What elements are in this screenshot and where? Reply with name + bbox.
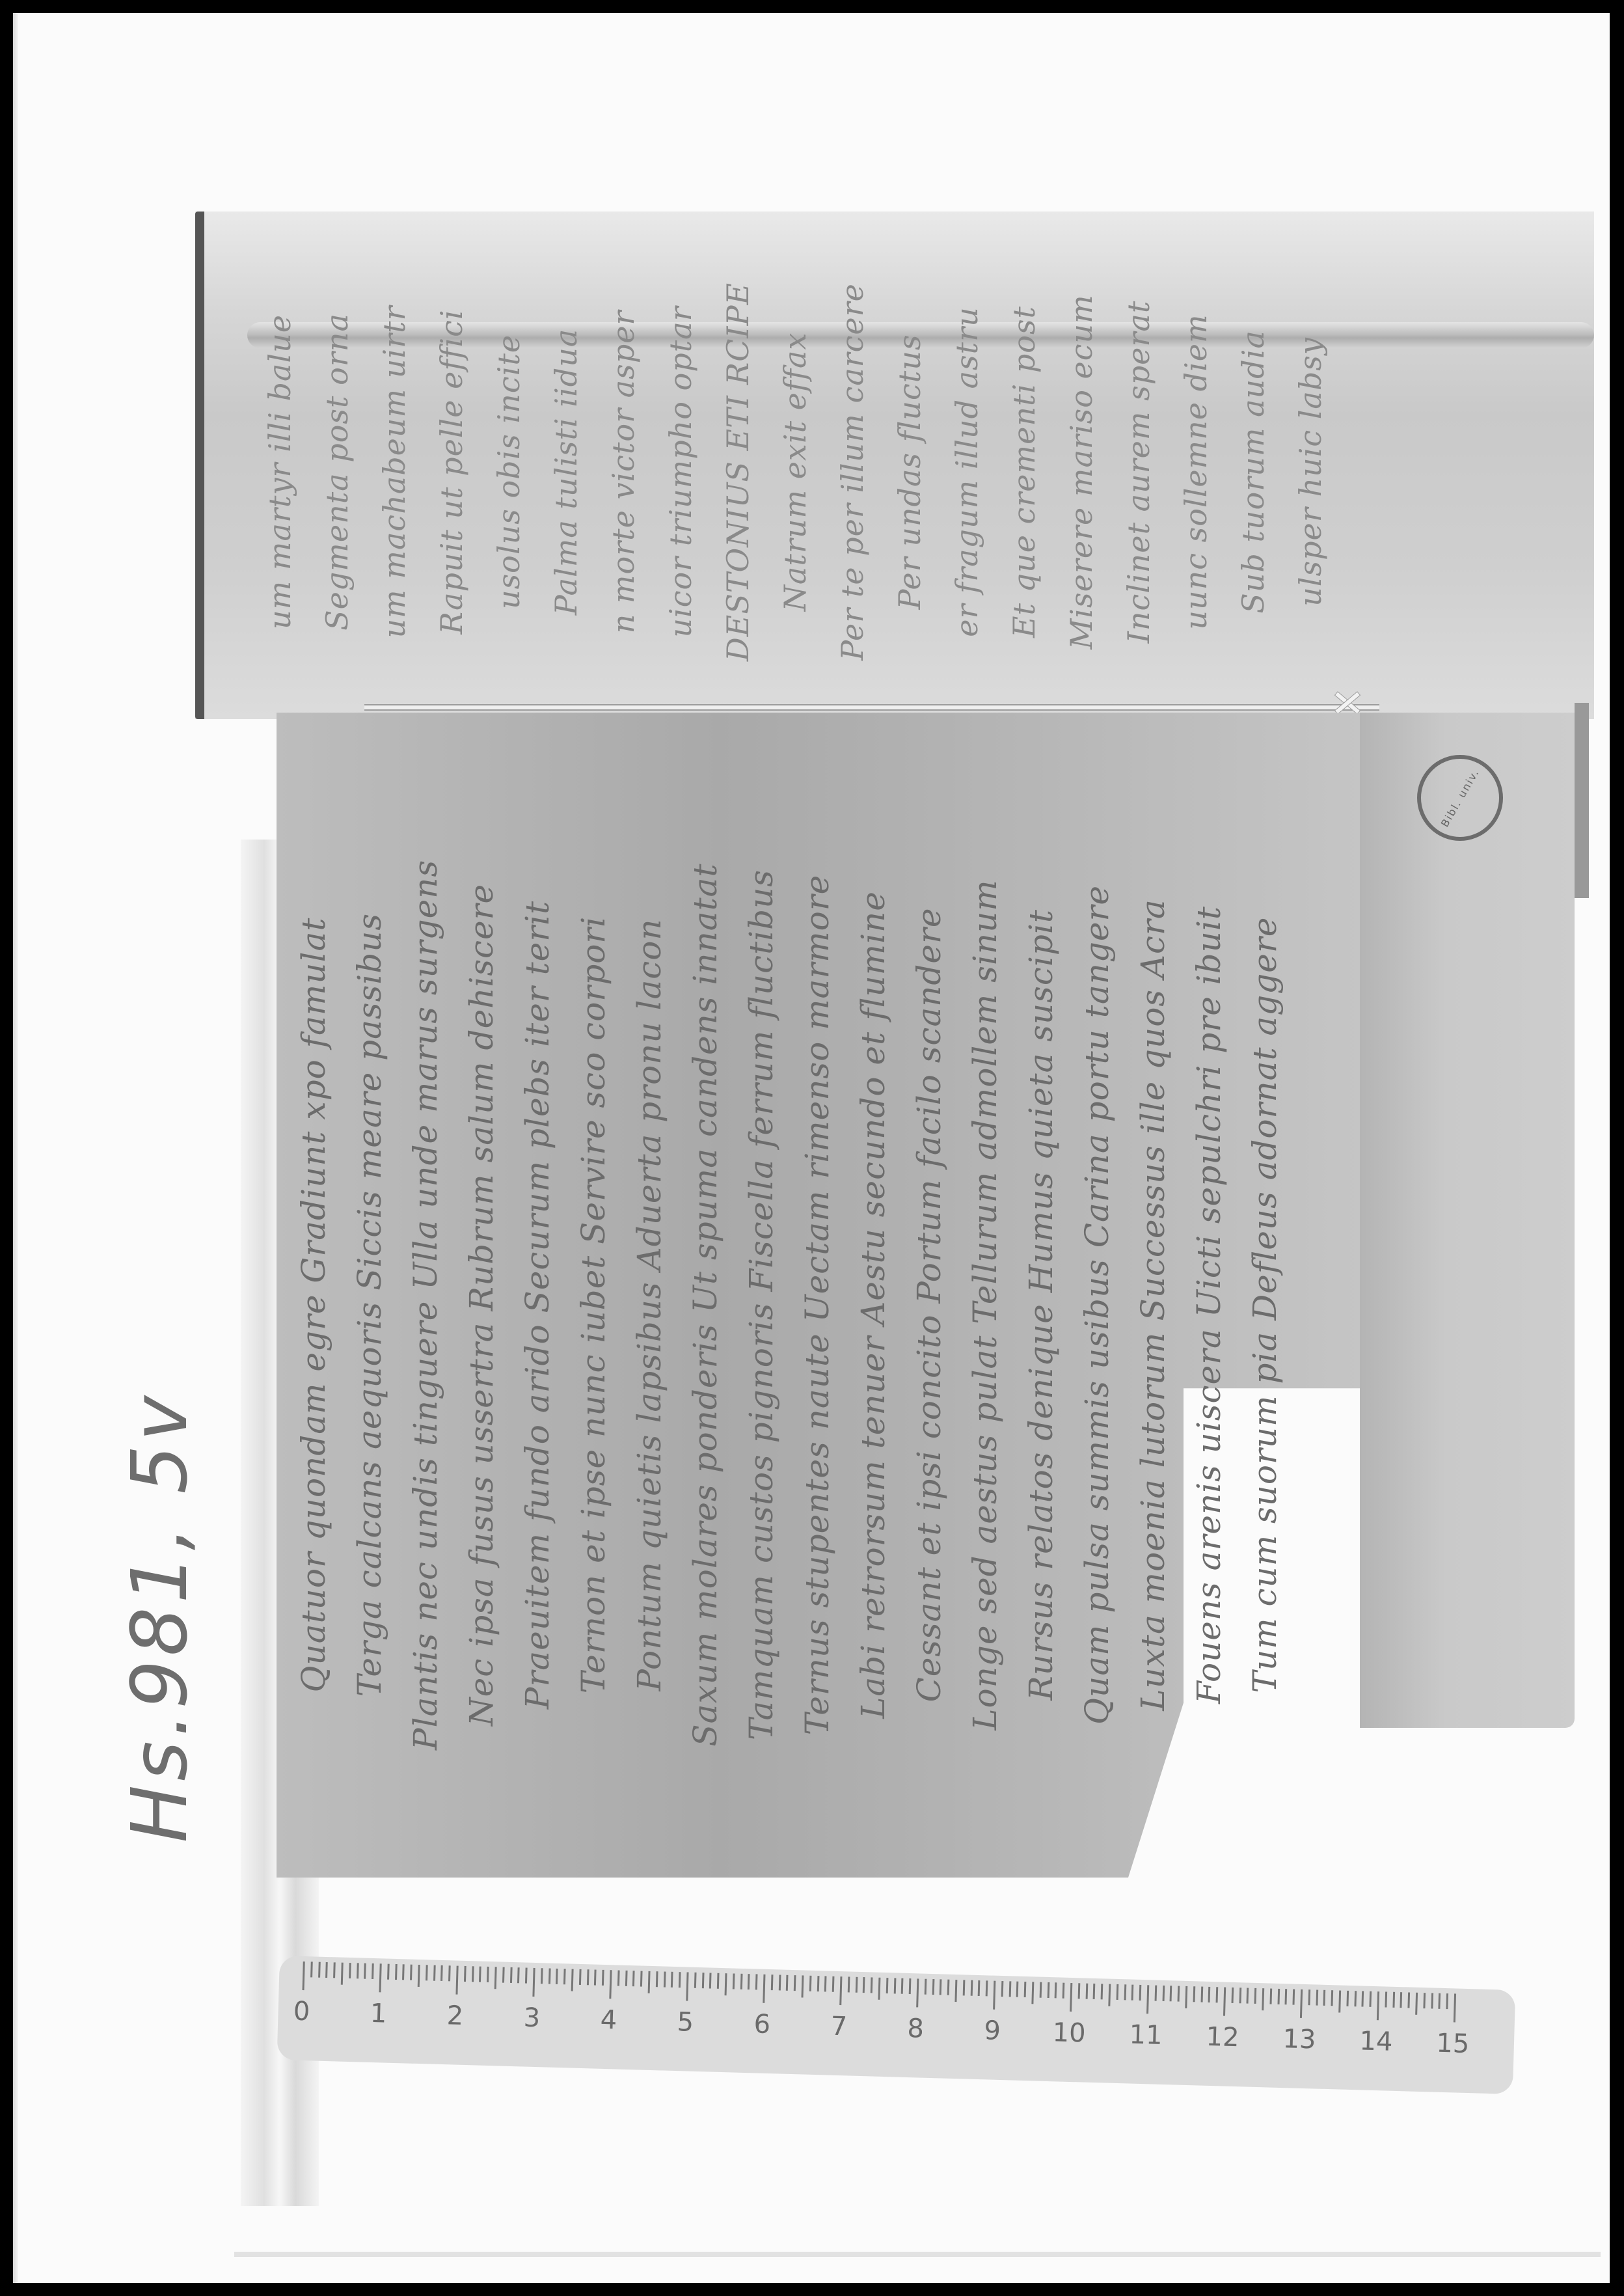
ruler-tick [1216,1987,1219,2002]
measurement-ruler: 0 1 2 3 4 5 6 7 8 9 10 11 12 13 14 15 [277,1956,1516,2094]
ruler-tick [1385,1991,1387,2007]
ruler-tick [893,1978,896,1993]
ruler-tick [510,1967,513,1983]
ruler-tick [709,1973,712,1988]
ruler-tick [1408,1992,1411,2008]
upper-manuscript-leaf: um martyr illi balue Segmenta post orna … [195,212,1594,719]
ruler-tick [1300,1989,1303,2018]
ruler-tick [701,1973,704,1988]
shelfmark-text: Hs.981, 5v [115,1392,204,1843]
ruler-tick [986,1980,988,1996]
ruler-tick [1316,1989,1318,2005]
ruler-tick [1185,1986,1187,2008]
ruler-tick [1308,1989,1310,2005]
ruler-tick [410,1965,413,1980]
ruler-tick [310,1961,313,1977]
ruler-tick [878,1978,880,2000]
ruler-tick [656,1971,658,1987]
sleeve-bottom-edge [234,2252,1601,2257]
ruler-tick [1077,1983,1080,1999]
text-line: Longe sed aestus pulat Tellurum admollem… [964,768,1006,1842]
text-line: er fragum illud astru [947,231,986,713]
ruler-tick [1016,1982,1019,1997]
ruler-tick [632,1971,635,1986]
ruler-tick [947,1980,950,1995]
text-line: Saxum molares ponderis Ut spuma candens … [684,768,726,1842]
ruler-tick [848,1976,850,1992]
ruler-tick [487,1967,489,1982]
ruler-tick [594,1970,597,1986]
sleeve-edge [13,13,18,2283]
ruler-tick [517,1967,520,1983]
photograph-frame: Hs.981, 5v um martyr illi balue Segmenta… [13,13,1610,2283]
handwritten-shelfmark: Hs.981, 5v [111,1455,208,1780]
text-line: Inclinet aurem sperat [1119,231,1158,713]
ruler-tick [303,1961,305,1990]
ruler-label: 10 [1052,2017,1086,2048]
ruler-label: 13 [1282,2024,1316,2055]
ruler-ticks [298,1961,1489,2025]
ruler-tick [395,1964,398,1980]
ruler-tick [609,1970,612,1999]
ruler-tick [617,1971,620,1986]
ruler-tick [341,1963,344,1985]
ruler-tick [1293,1989,1295,2005]
text-line: um machabeum uirtr [375,231,414,713]
ruler-tick [824,1976,827,1991]
ruler-tick [1370,1991,1372,2007]
ruler-tick [1446,1993,1449,2009]
ruler-tick [1108,1984,1111,2006]
ruler-tick [1285,1989,1288,2004]
ruler-tick [1139,1985,1142,2001]
ruler-tick [886,1978,889,1993]
ruler-tick [679,1972,681,1988]
ruler-tick [1055,1982,1057,1998]
ruler-tick [556,1969,558,1984]
text-line: Pontum quietis lapsibus Aduerta pronu la… [629,768,670,1842]
ruler-tick [541,1968,543,1984]
ruler-tick [1131,1985,1134,2001]
ruler-tick [502,1967,505,1983]
ruler-tick [970,1980,973,1996]
ruler-label: 5 [677,2007,694,2038]
ruler-tick [333,1962,336,1978]
parchment-flap [1360,713,1575,1728]
text-line: Luxta moenia lutorum Successus ille quos… [1132,768,1174,1842]
ruler-label: 11 [1129,2020,1163,2051]
text-line: Quam pulsa summis usibus Carina portu ta… [1076,768,1118,1842]
ruler-tick [1269,1989,1272,2004]
text-line: Praeuitem fundo arido Securum plebs iter… [517,768,558,1842]
ruler-tick [532,1968,535,1997]
ruler-tick [1085,1984,1088,1999]
ruler-label: 12 [1206,2022,1239,2053]
ruler-tick [763,1975,765,2003]
ruler-tick [817,1976,819,1991]
ruler-tick [1423,1993,1426,2008]
ruler-tick [563,1969,566,1984]
ruler-tick [357,1963,359,1978]
ruler-tick [671,1972,673,1988]
ruler-tick [909,1978,912,1994]
ruler-tick [954,1980,957,2002]
lower-text-block: Quatuor quondam egre Gradiunt xpo famula… [293,768,1269,1874]
ruler-tick [686,1972,688,2001]
ruler-label: 8 [907,2014,925,2044]
ruler-tick [571,1969,574,1991]
text-line: Natrum exit effax [776,231,815,713]
text-line: um martyr illi balue [260,231,299,713]
text-line: Labi retrorsum tenuer Aestu secundo et f… [852,768,894,1842]
text-line: Miserere mariso ecum [1062,231,1101,713]
ruler-tick [1162,1986,1165,2001]
text-line: Tum cum suorum pia Defleus adornat agger… [1244,768,1286,1842]
ruler-tick [372,1963,374,1979]
ruler-label: 7 [830,2012,848,2042]
text-line: Per te per illum carcere [833,231,872,713]
ruler-tick [1039,1982,1042,1998]
ruler-tick [1001,1981,1003,1997]
text-line: Ternus stupentes naute Uectam rimenso ma… [796,768,838,1842]
ruler-tick [349,1963,351,1978]
ruler-tick [748,1974,750,1989]
text-line: uunc sollemne diem [1176,231,1215,713]
ruler-tick [1178,1986,1180,2002]
ruler-tick [733,1973,735,1989]
ruler-tick [1338,1990,1341,2012]
ruler-tick [1415,1993,1418,2015]
ruler-tick [1231,1988,1234,2003]
ruler-label: 2 [446,2001,464,2031]
ruler-tick [1154,1986,1157,2001]
ruler-tick [455,1966,458,1995]
upper-text-block: um martyr illi balue Segmenta post orna … [260,212,1496,719]
ruler-tick [1093,1984,1096,1999]
ruler-tick [855,1977,858,1993]
ruler-tick [364,1963,366,1979]
text-line: n morte victor asper [604,231,643,713]
ruler-tick [1346,1991,1349,2006]
ruler-label: 14 [1359,2026,1393,2057]
ruler-tick [694,1973,697,1988]
binding-edge [195,212,204,719]
ruler-tick [318,1962,321,1978]
ruler-tick [755,1974,758,1989]
ruler-label: 4 [600,2005,617,2036]
ruler-tick [1062,1983,1065,1999]
ruler-tick [448,1965,451,1981]
ruler-tick [794,1975,796,1991]
ruler-tick [1392,1992,1395,2008]
text-line: DESTONIUS ETI RCIPE [718,231,757,713]
ruler-tick [418,1965,420,1987]
ruler-tick [625,1971,627,1986]
binding-thread [364,704,1379,711]
text-line: uicor triumpho optar [661,231,700,713]
text-line: Et que crementi post [1005,231,1044,713]
ruler-tick [1070,1983,1072,2012]
text-line: Cessant et ipsi concito Portum facilo sc… [908,768,950,1842]
ruler-tick [940,1979,942,1995]
ruler-label: 9 [984,2016,1001,2046]
text-line: Sub tuorum audia [1234,231,1273,713]
ruler-tick [1439,1993,1441,2009]
ruler-tick [472,1966,474,1982]
ruler-tick [525,1968,528,1984]
ruler-tick [1146,1985,1149,2014]
ruler-tick [1116,1984,1118,2000]
ruler-tick [1277,1989,1280,2004]
ruler-tick [962,1980,965,1995]
ruler-tick [786,1975,789,1991]
thread-knot [1327,690,1366,716]
ruler-tick [802,1975,804,1997]
ruler-tick [1247,1988,1249,2004]
ruler-tick [1124,1984,1126,2000]
text-line: Quatuor quondam egre Gradiunt xpo famula… [293,768,334,1842]
text-line: Per undas fluctus [890,231,929,713]
ruler-tick [1031,1982,1034,2004]
ruler-label: 6 [753,2009,771,2040]
ruler-tick [663,1971,666,1987]
ruler-tick [579,1969,582,1985]
ruler-tick [871,1977,873,1993]
ruler-tick [1262,1988,1264,2010]
ruler-tick [494,1967,497,1989]
ruler-tick [771,1975,774,1990]
ruler-label: 3 [523,2003,541,2034]
ruler-tick [1008,1981,1011,1997]
text-line: Segmenta post orna [318,231,357,713]
ruler-tick [1223,1988,1226,2016]
library-stamp: Bibl. univ. [1417,755,1503,841]
ruler-tick [1170,1986,1172,2001]
ruler-tick [325,1962,328,1978]
ruler-tick [978,1980,981,1996]
ruler-tick [839,1976,842,2005]
ruler-tick [479,1967,481,1982]
ruler-tick [1323,1990,1326,2006]
ruler-tick [387,1964,390,1980]
ruler-tick [778,1975,781,1990]
text-line: Ternon et ipse nunc iubet Servire sco co… [573,768,614,1842]
ruler-tick [1431,1993,1433,2008]
text-line: Nec ipsa fusus ussertra Rubrum salum deh… [461,768,502,1842]
ruler-tick [717,1973,720,1989]
ruler-tick [640,1971,643,1986]
ruler-tick [925,1979,927,1995]
ruler-label: 15 [1436,2029,1470,2059]
ruler-tick [602,1970,604,1986]
ruler-tick [464,1966,467,1982]
ruler-tick [932,1979,934,1995]
ruler-tick [1193,1986,1195,2002]
ruler-tick [426,1965,428,1980]
ruler-tick [1208,1987,1211,2002]
ruler-tick [587,1969,589,1985]
ruler-tick [1331,1990,1334,2006]
ruler-tick [1400,1992,1403,2008]
ruler-tick [901,1978,904,1994]
ruler-tick [433,1965,436,1981]
text-line: Rapuit ut pelle effici [432,231,471,713]
ruler-tick [1254,1988,1257,2004]
ruler-tick [993,1981,995,2010]
text-line: Terga calcans aequoris Siccis meare pass… [349,768,390,1842]
ruler-tick [1239,1988,1241,2003]
adjacent-leaf-edge [1575,703,1589,898]
ruler-tick [863,1977,865,1993]
ruler-label: 1 [370,1999,387,2029]
ruler-label: 0 [293,1997,310,2027]
ruler-tick [1354,1991,1357,2006]
ruler-tick [379,1963,381,1992]
ruler-tick [1454,1993,1456,2022]
ruler-tick [402,1964,405,1980]
text-line: Tamquam custos pignoris Fiscella ferrum … [740,768,782,1842]
text-line: ulsper huic labsy [1291,231,1330,713]
ruler-tick [1024,1982,1027,1997]
ruler-tick [648,1971,651,1993]
ruler-tick [725,1973,727,1995]
ruler-tick [1362,1991,1364,2006]
ruler-tick [916,1978,919,2007]
ruler-tick [1377,1991,1379,2020]
text-line: usolus obis incite [489,231,528,713]
ruler-tick [740,1974,742,1989]
ruler-tick [1047,1982,1049,1998]
text-line: Plantis nec undis tinguere Ulla unde mar… [405,768,446,1842]
ruler-tick [832,1976,835,1992]
text-line: Palma tulisti iidua [547,231,586,713]
ruler-tick [1200,1987,1203,2002]
ruler-tick [809,1976,812,1991]
text-line: Fouens arenis uiscera Uicti sepulchri pr… [1188,768,1230,1842]
ruler-tick [1101,1984,1103,1999]
ruler-tick [548,1969,551,1984]
ruler-tick [440,1965,443,1981]
text-line: Rursus relatos denique Humus quieta susc… [1020,768,1062,1842]
